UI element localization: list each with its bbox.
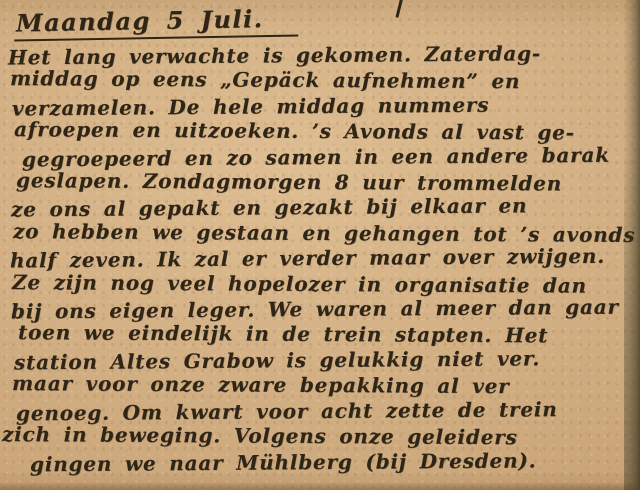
diary-text-block: Het lang verwachte is gekomen. Zaterdag-… <box>8 43 630 475</box>
diary-page: Maandag 5 Juli. Het lang verwachte is ge… <box>0 0 640 490</box>
page-bottom-shadow <box>0 482 640 490</box>
handwritten-line: half zeven. Ik zal er verder maar over z… <box>10 244 630 274</box>
handwritten-line: afroepen en uitzoeken. ’s Avonds al vast… <box>14 117 630 146</box>
handwritten-line: zich in beweging. Volgens onze geleiders <box>2 422 630 451</box>
diary-date-heading: Maandag 5 Juli. <box>14 4 298 42</box>
pen-stroke-fragment <box>395 0 403 18</box>
handwritten-line: gingen we naar Mühlberg (bij Dresden). <box>30 447 630 477</box>
handwritten-line: maar voor onze zware bepakking al ver <box>12 371 630 400</box>
